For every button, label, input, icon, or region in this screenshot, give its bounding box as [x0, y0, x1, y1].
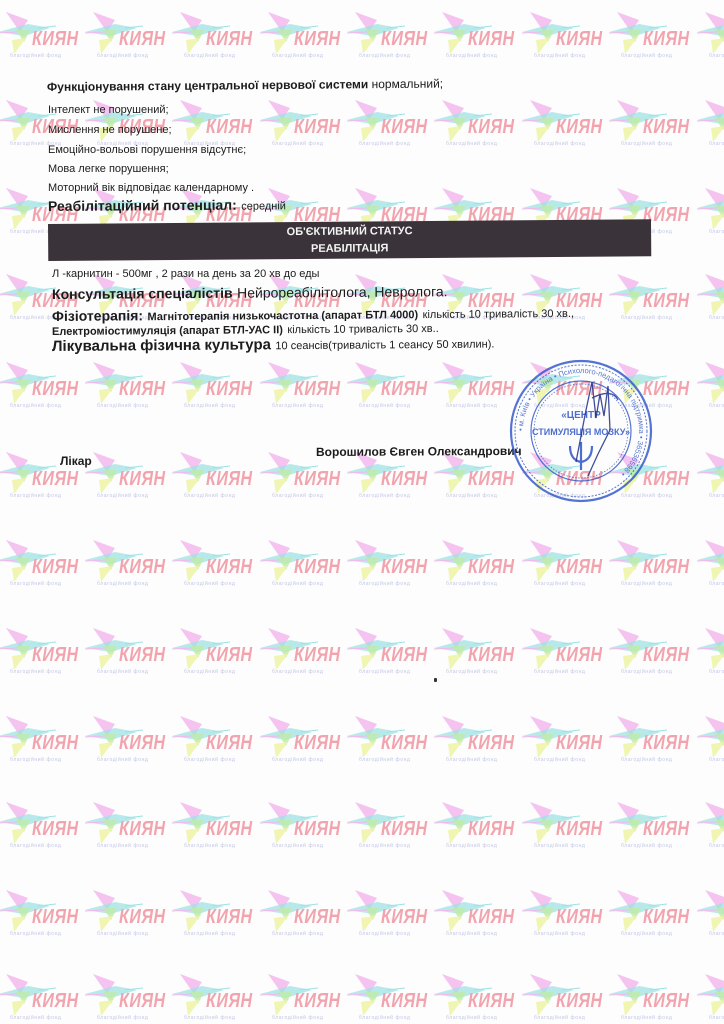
rehabilitation-subtitle: РЕАБІЛІТАЦІЯ — [48, 240, 651, 257]
rehab-potential-label: Реабілітаційний потенціал: — [48, 197, 237, 214]
finding-intellect: Інтелект не порушений; — [48, 104, 169, 116]
scan-dust-mark — [434, 678, 437, 682]
exercise-therapy-line: Лікувальна фізична культура 10 сеансів(т… — [52, 335, 495, 356]
doctor-name: Ворошилов Євген Олександрович — [316, 444, 522, 459]
rehab-potential-value: середній — [241, 200, 286, 212]
doctor-label: Лікар — [60, 454, 92, 468]
document-page: Функціонування стану центральної нервово… — [0, 0, 724, 1024]
finding-thinking: Мислення не порушене; — [48, 124, 172, 136]
objective-status-title: ОБ'ЄКТИВНИЙ СТАТУС — [48, 223, 651, 240]
consultation-line: Консультація спеціалістів Нейрореабіліто… — [52, 283, 448, 304]
objective-status-banner: ОБ'ЄКТИВНИЙ СТАТУС РЕАБІЛІТАЦІЯ — [48, 219, 651, 261]
consultation-label: Консультація спеціалістів — [52, 285, 233, 302]
trident-emblem-icon — [570, 442, 592, 470]
rehab-potential-line: Реабілітаційний потенціал: середній — [48, 196, 286, 216]
medication-line: Л -карнитин - 500мг , 2 рази на день за … — [52, 268, 319, 280]
consultation-value: Нейрореабілітолога, Невролога. — [237, 283, 448, 300]
official-stamp: • м. Київ • Україна • Психолого-педагогі… — [508, 358, 654, 504]
cns-function-label: Функціонування стану центральної нервово… — [47, 77, 368, 94]
finding-emotional: Емоційно-вольові порушення відсутнє; — [48, 144, 246, 156]
cns-function-line: Функціонування стану центральної нервово… — [47, 77, 443, 94]
finding-motor-age: Моторний вік відповідає календарному . — [48, 182, 254, 194]
exercise-therapy-value: 10 сеансів(тривалість 1 сеансу 50 хвилин… — [275, 339, 494, 353]
physio-magnetotherapy-dose: кількість 10 тривалість 30 хв., — [423, 308, 574, 321]
cns-function-value: нормальний; — [372, 77, 444, 92]
finding-speech: Мова легке порушення; — [48, 163, 169, 175]
exercise-therapy-label: Лікувальна фізична культура — [52, 336, 271, 355]
